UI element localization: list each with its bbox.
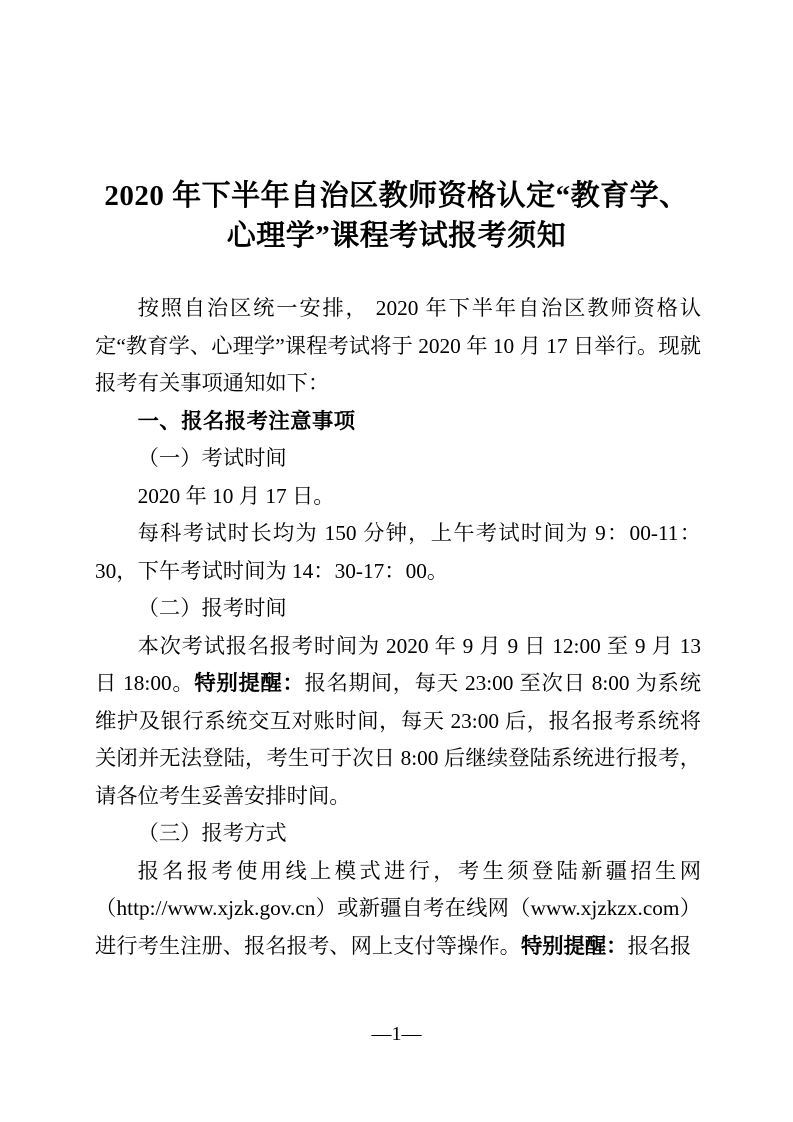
title-line-1: 2020 年下半年自治区教师资格认定“教育学、 xyxy=(40,176,753,216)
intro-paragraph: 按照自治区统一安排， 2020 年下半年自治区教师资格认定“教育学、心理学”课程… xyxy=(95,290,701,403)
subsection-2-heading: （二）报考时间 xyxy=(95,590,701,628)
exam-duration-paragraph: 每科考试时长均为 150 分钟，上午考试时间为 9：00-11：30，下午考试时… xyxy=(95,515,701,590)
text-run: 报名报 xyxy=(627,934,691,958)
document-body: 按照自治区统一安排， 2020 年下半年自治区教师资格认定“教育学、心理学”课程… xyxy=(95,290,701,965)
document-title: 2020 年下半年自治区教师资格认定“教育学、 心理学”课程考试报考须知 xyxy=(40,176,753,256)
special-reminder-label: 特别提醒： xyxy=(521,934,628,958)
special-reminder-label: 特别提醒： xyxy=(194,671,304,695)
document-page: 2020 年下半年自治区教师资格认定“教育学、 心理学”课程考试报考须知 按照自… xyxy=(0,0,793,1122)
subsection-1-heading: （一）考试时间 xyxy=(95,440,701,478)
subsection-3-heading: （三）报考方式 xyxy=(95,815,701,853)
registration-method-paragraph: 报名报考使用线上模式进行，考生须登陆新疆招生网（http://www.xjzk.… xyxy=(95,853,701,966)
exam-date-paragraph: 2020 年 10 月 17 日。 xyxy=(95,478,701,516)
registration-time-paragraph: 本次考试报名报考时间为 2020 年 9 月 9 日 12:00 至 9 月 1… xyxy=(95,628,701,816)
section-1-heading: 一、报名报考注意事项 xyxy=(95,403,701,441)
page-footer: —1— xyxy=(0,1020,793,1048)
page-number: —1— xyxy=(372,1023,422,1045)
title-line-2: 心理学”课程考试报考须知 xyxy=(40,216,753,256)
